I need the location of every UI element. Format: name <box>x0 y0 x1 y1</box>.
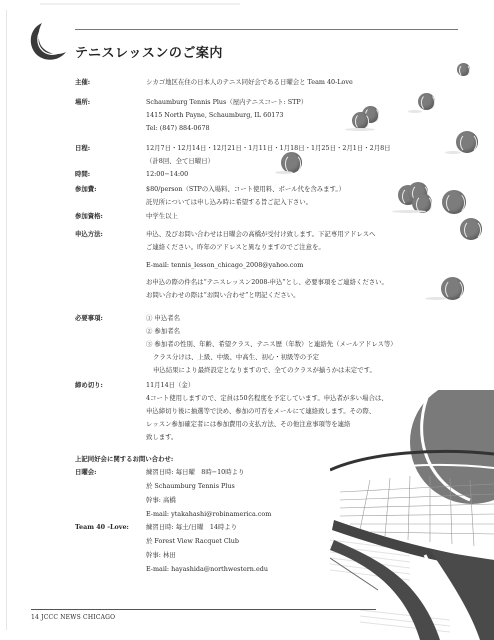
detail-label: 時間: <box>75 169 90 180</box>
detail-value: 12:00−14:00 <box>146 169 446 180</box>
detail-value: 12月7日・12月14日・12月21日・1月11日・1月18日・1月25日・2月… <box>146 143 446 154</box>
requirement-item: ③ 参加者の性別、年齢、希望クラス、テニス歴（年数）と連絡先（メールアドレス等） <box>146 339 446 350</box>
requirement-note: 申込結果により最終設定となりますので、全てのクラスが揃うかは未定です。 <box>146 365 446 376</box>
application-email-link[interactable]: E-mail: tennis_lesson_chicago_2008@yahoo… <box>146 260 446 271</box>
contact-email-link[interactable]: E-mail: hayashida@northwestern.edu <box>146 564 446 575</box>
detail-label: 参加資格: <box>75 211 103 222</box>
detail-label: 参加費: <box>75 184 97 195</box>
contact-line: 幹事: 高橋 <box>146 495 446 506</box>
page-footer: 14 JCCC NEWS CHICAGO <box>31 614 115 621</box>
detail-value: シカゴ地区在住の日本人のテニス同好会である日曜会と Team 40-Love <box>146 77 446 88</box>
contact-label: Team 40 -Love: <box>75 522 129 533</box>
detail-value: 託児所については申し込み時に希望する旨ご記入下さい。 <box>146 197 446 208</box>
detail-label: 主催: <box>75 77 90 88</box>
contact-line: 於 Forest View Racquet Club <box>146 536 446 547</box>
detail-label: 日程: <box>75 143 90 154</box>
detail-label: 締め切り: <box>75 380 103 391</box>
contact-email-link[interactable]: E-mail: ytakahashi@robinamerica.com <box>146 509 446 520</box>
detail-value: ご連絡ください。昨年のアドレスと異なりますのでご注意を。 <box>146 242 446 253</box>
detail-label: 必要事項: <box>75 313 103 324</box>
detail-value: 申込、及びお問い合わせは日曜会の高橋が受付け致します。下記専用アドレスへ <box>146 229 446 240</box>
detail-value: 11月14日（金） <box>146 380 446 391</box>
detail-value: 中学生以上 <box>146 211 446 222</box>
detail-value: （計8回、全て日曜日） <box>146 156 446 167</box>
detail-value: $80/person（STPの入場料、コート使用料、ボール代を含みます。） <box>146 184 446 195</box>
document-body: 主催: シカゴ地区在住の日本人のテニス同好会である日曜会と Team 40-Lo… <box>0 0 494 640</box>
contact-line: 練習日時: 毎土/日曜 14時より <box>146 522 446 533</box>
detail-value: Schaumburg Tennis Plus（屋内テニスコート: STP） <box>146 97 446 108</box>
detail-value: 致します。 <box>146 432 446 443</box>
detail-value: Tel: (847) 884-0678 <box>146 123 446 134</box>
detail-value: お申込の際の件名は“テニスレッスン2008-申込”とし、必要事項をご連絡ください… <box>146 277 446 288</box>
detail-value: 申込締切り後に抽選等で決め、参加の可否をメールにて連絡致します。その際、 <box>146 406 446 417</box>
contact-line: 幹事: 林田 <box>146 550 446 561</box>
contacts-title: 上記同好会に関するお問い合わせ: <box>75 454 173 465</box>
detail-value: 1415 North Payne, Schaumburg, IL 60173 <box>146 110 446 121</box>
detail-label: 申込方法: <box>75 229 103 240</box>
footer-rule <box>31 609 376 610</box>
detail-value: 4コート使用しますので、定員は50名程度を予定しています。申込者が多い場合は、 <box>146 393 446 404</box>
contact-line: 練習日時: 毎日曜 8時−10時より <box>146 467 446 478</box>
contact-label: 日曜会: <box>75 467 97 478</box>
contact-line: 於 Schaumburg Tennis Plus <box>146 481 446 492</box>
requirement-item: ① 申込者名 <box>146 313 446 324</box>
requirement-note: クラス分けは、上級、中級、中高生、初心・初級等の予定 <box>146 352 446 363</box>
detail-value: レッスン参加確定者には参加費用の支払方法、その他注意事項等を連絡 <box>146 419 446 430</box>
requirement-item: ② 参加者名 <box>146 326 446 337</box>
detail-label: 場所: <box>75 97 90 108</box>
detail-value: お問い合わせの際は“お問い合わせ”と明記ください。 <box>146 290 446 301</box>
